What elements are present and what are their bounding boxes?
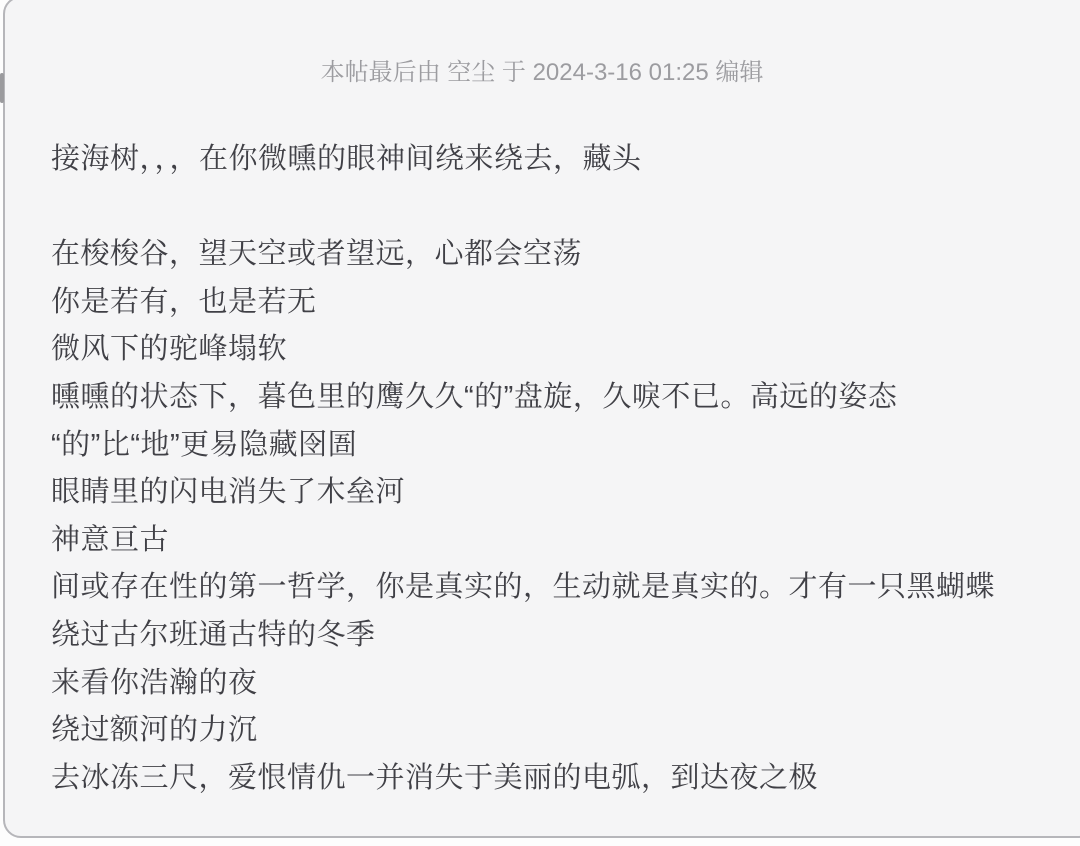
- poem-line: 你是若有，也是若无: [51, 279, 1065, 327]
- poem-line: 接海树，，，在你微曛的眼神间绕来绕去，藏头: [51, 136, 1065, 184]
- poem-line: 神意亘古: [51, 517, 1065, 565]
- poem-line: “的”比“地”更易隐藏囹圄: [51, 422, 1065, 470]
- poem-line: 绕过额河的力沉: [51, 707, 1065, 755]
- poem-line: 间或存在性的第一哲学，你是真实的，生动就是真实的。才有一只黑蝴蝶: [51, 564, 1065, 612]
- edit-notice: 本帖最后由 空尘 于 2024-3-16 01:25 编辑: [5, 56, 1079, 90]
- post-body: 接海树，，，在你微曛的眼神间绕来绕去，藏头 在梭梭谷，望天空或者望远，心都会空荡…: [5, 136, 1080, 802]
- poem-line: 微风下的驼峰塌软: [51, 326, 1065, 374]
- poem-line: 绕过古尔班通古特的冬季: [51, 612, 1065, 660]
- poem-line: [51, 184, 1065, 232]
- scrollbar-thumb[interactable]: [0, 73, 4, 103]
- poem-line: 在梭梭谷，望天空或者望远，心都会空荡: [51, 231, 1065, 279]
- poem-line: 眼睛里的闪电消失了木垒河: [51, 469, 1065, 517]
- poem-line: 去冰冻三尺，爱恨情仇一并消失于美丽的电弧，到达夜之极: [51, 755, 1065, 803]
- poem-line: 来看你浩瀚的夜: [51, 660, 1065, 708]
- poem-line: 曛曛的状态下，暮色里的鹰久久“的”盘旋，久唳不已。高远的姿态: [51, 374, 1065, 422]
- post-card: 本帖最后由 空尘 于 2024-3-16 01:25 编辑 接海树，，，在你微曛…: [3, 0, 1080, 838]
